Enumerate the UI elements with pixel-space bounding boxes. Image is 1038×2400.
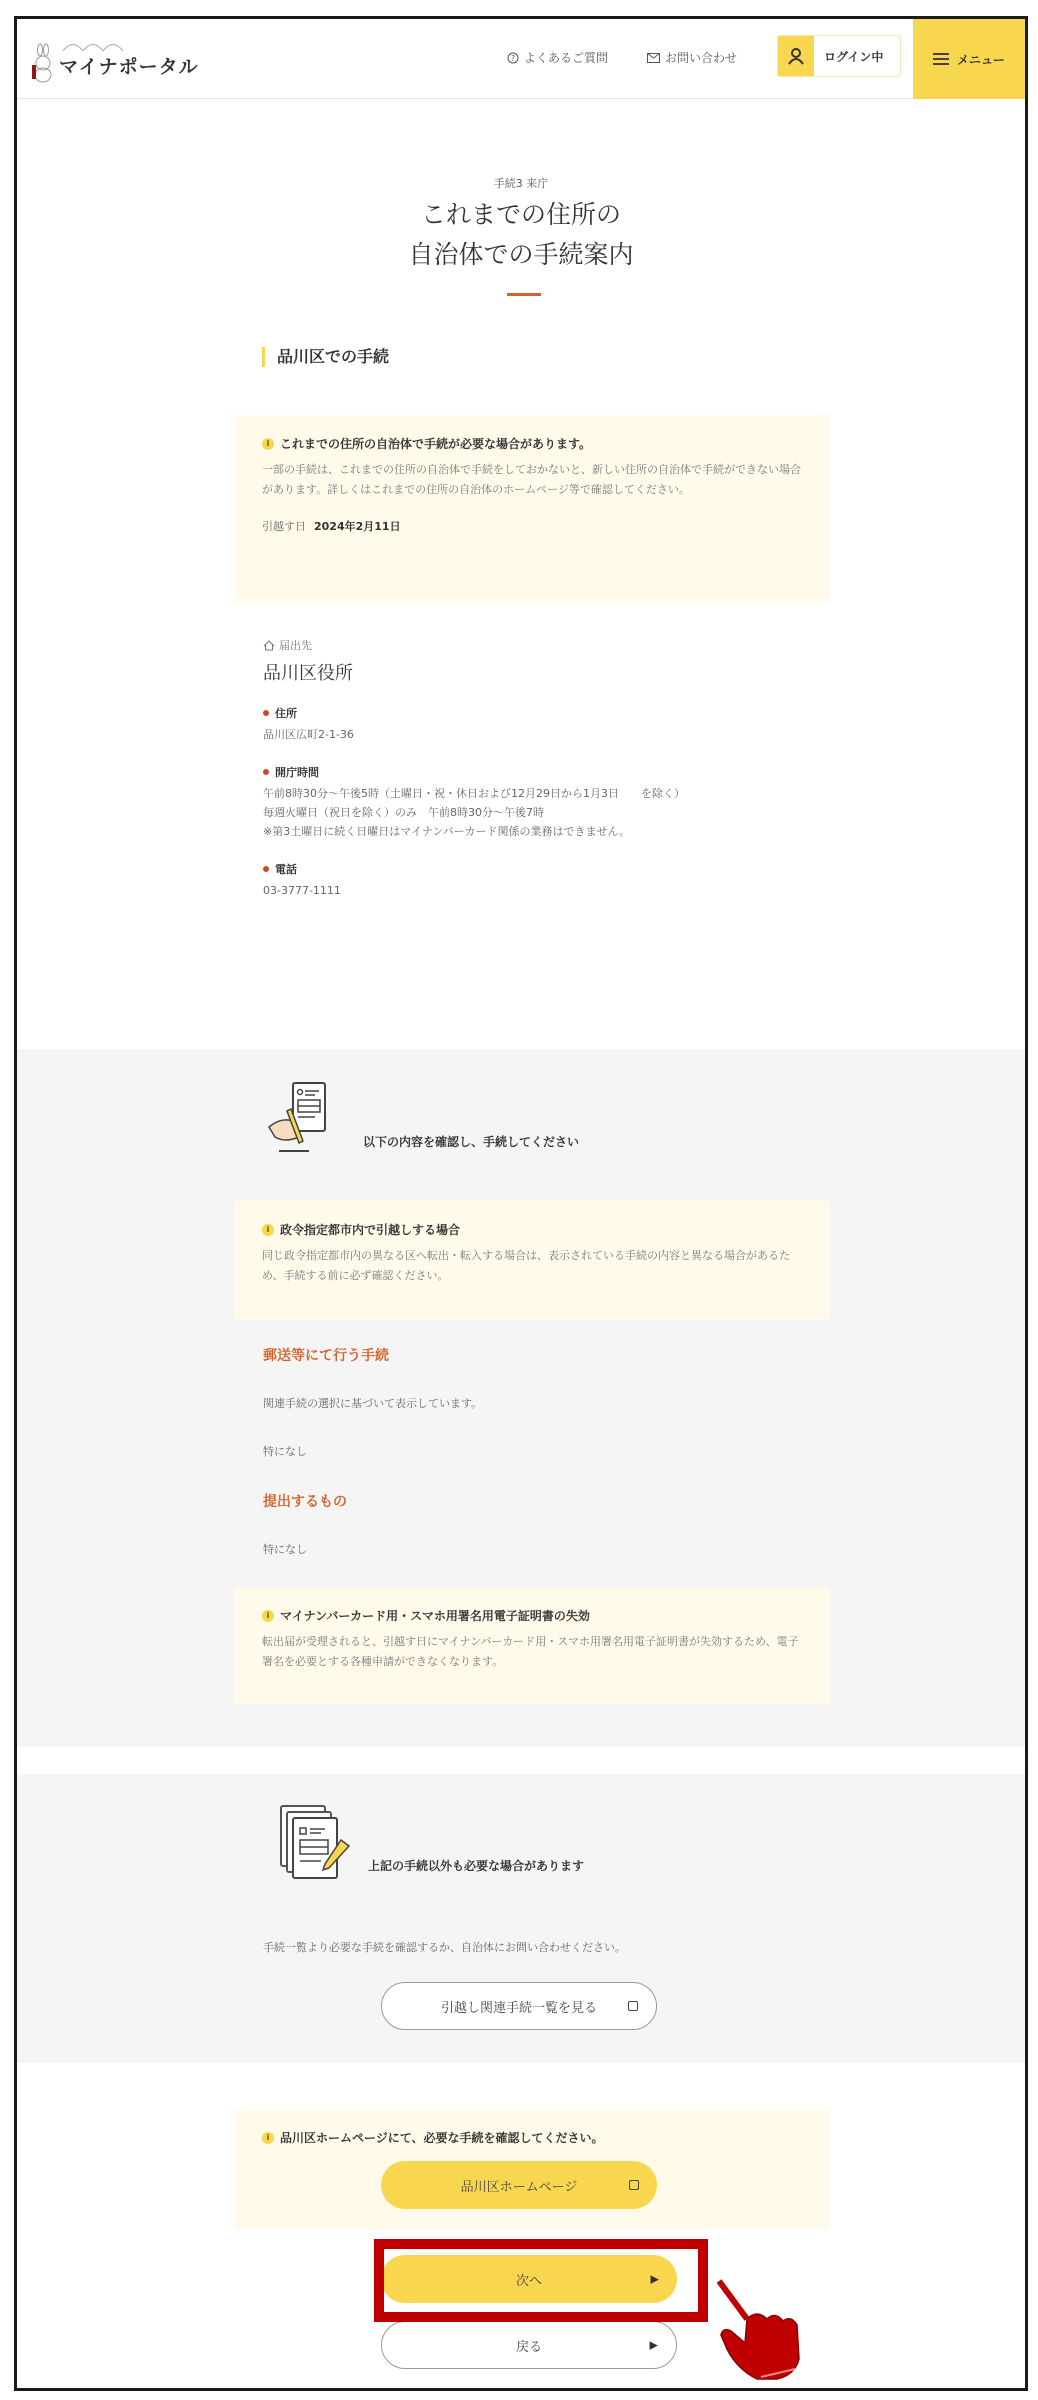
notice-body: 一部の手続は、これまでの住所の自治体で手続をしておかないと、新しい住所の自治体で…: [262, 460, 802, 500]
back-button[interactable]: 戻る ▶: [381, 2321, 677, 2369]
address-value: 品川区広町2-1-36: [263, 725, 823, 744]
phone-value[interactable]: 03-3777-1111: [263, 881, 823, 900]
mail-procedure-desc: 関連手続の選択に基づいて表示しています。: [263, 1395, 482, 1411]
phone-item: 電話 03-3777-1111: [263, 861, 823, 900]
external-link-icon: [628, 2001, 638, 2011]
info-icon: i: [262, 438, 274, 450]
info-icon: i: [262, 2132, 274, 2144]
bullet-icon: [263, 710, 269, 716]
notice-box-main: i これまでの住所の自治体で手続が必要な場合があります。 一部の手続は、これまで…: [234, 415, 830, 603]
document-writing-icon: [265, 1079, 329, 1159]
hours-value: 午前8時30分～午後5時（土曜日・祝・休日および12月29日から1月3日 を除く…: [263, 784, 763, 841]
bullet-icon: [263, 769, 269, 775]
documents-pencil-icon: [279, 1804, 359, 1884]
section-heading: 品川区での手続: [262, 347, 389, 367]
faq-link[interactable]: ? よくあるご質問: [507, 49, 608, 66]
play-arrow-icon: ▶: [650, 2339, 658, 2352]
logo[interactable]: マイナポータル: [29, 33, 199, 83]
pointing-hand-icon: [717, 2279, 817, 2389]
page-title: これまでの住所の 自治体での手続案内: [17, 195, 1025, 275]
question-circle-icon: ?: [507, 52, 519, 64]
info-icon: i: [262, 1610, 274, 1622]
other-procedures-title: 上記の手続以外も必要な場合があります: [368, 1857, 584, 1874]
ward-homepage-button[interactable]: 品川区ホームページ: [381, 2161, 657, 2209]
logo-arcs-icon: [61, 38, 141, 52]
title-accent-bar: [507, 293, 541, 296]
mail-procedure-heading: 郵送等にて行う手続: [263, 1345, 389, 1365]
notice-box-designated-city: i 政令指定都市内で引越しする場合 同じ政令指定都市内の異なる区へ転出・転入する…: [234, 1201, 830, 1319]
home-icon: [263, 640, 275, 651]
other-procedures-desc: 手続一覧より必要な手続を確認するか、自治体にお問い合わせください。: [263, 1939, 626, 1955]
submit-items-value: 特になし: [263, 1541, 307, 1557]
site-header: マイナポータル ? よくあるご質問 お問い合わせ: [17, 19, 1025, 99]
office-sub-label: 届出先: [263, 637, 823, 653]
contact-link[interactable]: お問い合わせ: [647, 49, 737, 66]
external-link-icon: [629, 2180, 639, 2190]
user-icon: [788, 47, 804, 65]
office-name: 品川区役所: [263, 659, 823, 685]
menu-button[interactable]: メニュー: [913, 19, 1025, 99]
logo-text: マイナポータル: [59, 52, 199, 83]
next-button-highlight: [374, 2239, 708, 2322]
move-date: 引越す日2024年2月11日: [262, 518, 802, 534]
mail-procedure-value: 特になし: [263, 1443, 307, 1459]
confirm-title: 以下の内容を確認し、手続してください: [363, 1133, 579, 1150]
notice-box-certificate: i マイナンバーカード用・スマホ用署名用電子証明書の失効 転出届が受理されると、…: [234, 1587, 830, 1705]
procedure-list-button[interactable]: 引越し関連手続一覧を見る: [381, 1982, 657, 2030]
mail-icon: [647, 53, 660, 63]
page-frame: マイナポータル ? よくあるご質問 お問い合わせ: [14, 16, 1028, 2391]
rabbit-logo-icon: [29, 43, 55, 83]
user-icon-box: [778, 36, 814, 76]
office-info: 届出先 品川区役所 住所 品川区広町2-1-36 開庁時間 午前8時30分～午後…: [263, 637, 823, 900]
info-icon: i: [262, 1224, 274, 1236]
login-label: ログイン中: [814, 36, 883, 76]
address-item: 住所 品川区広町2-1-36: [263, 705, 823, 744]
bullet-icon: [263, 866, 269, 872]
login-status-button[interactable]: ログイン中: [777, 35, 901, 77]
notice-title: i これまでの住所の自治体で手続が必要な場合があります。: [262, 435, 802, 452]
svg-text:?: ?: [511, 54, 515, 63]
hours-item: 開庁時間 午前8時30分～午後5時（土曜日・祝・休日および12月29日から1月3…: [263, 764, 823, 841]
hamburger-icon: [933, 53, 949, 65]
submit-items-heading: 提出するもの: [263, 1491, 347, 1511]
step-label: 手続3 来庁: [17, 175, 1025, 191]
